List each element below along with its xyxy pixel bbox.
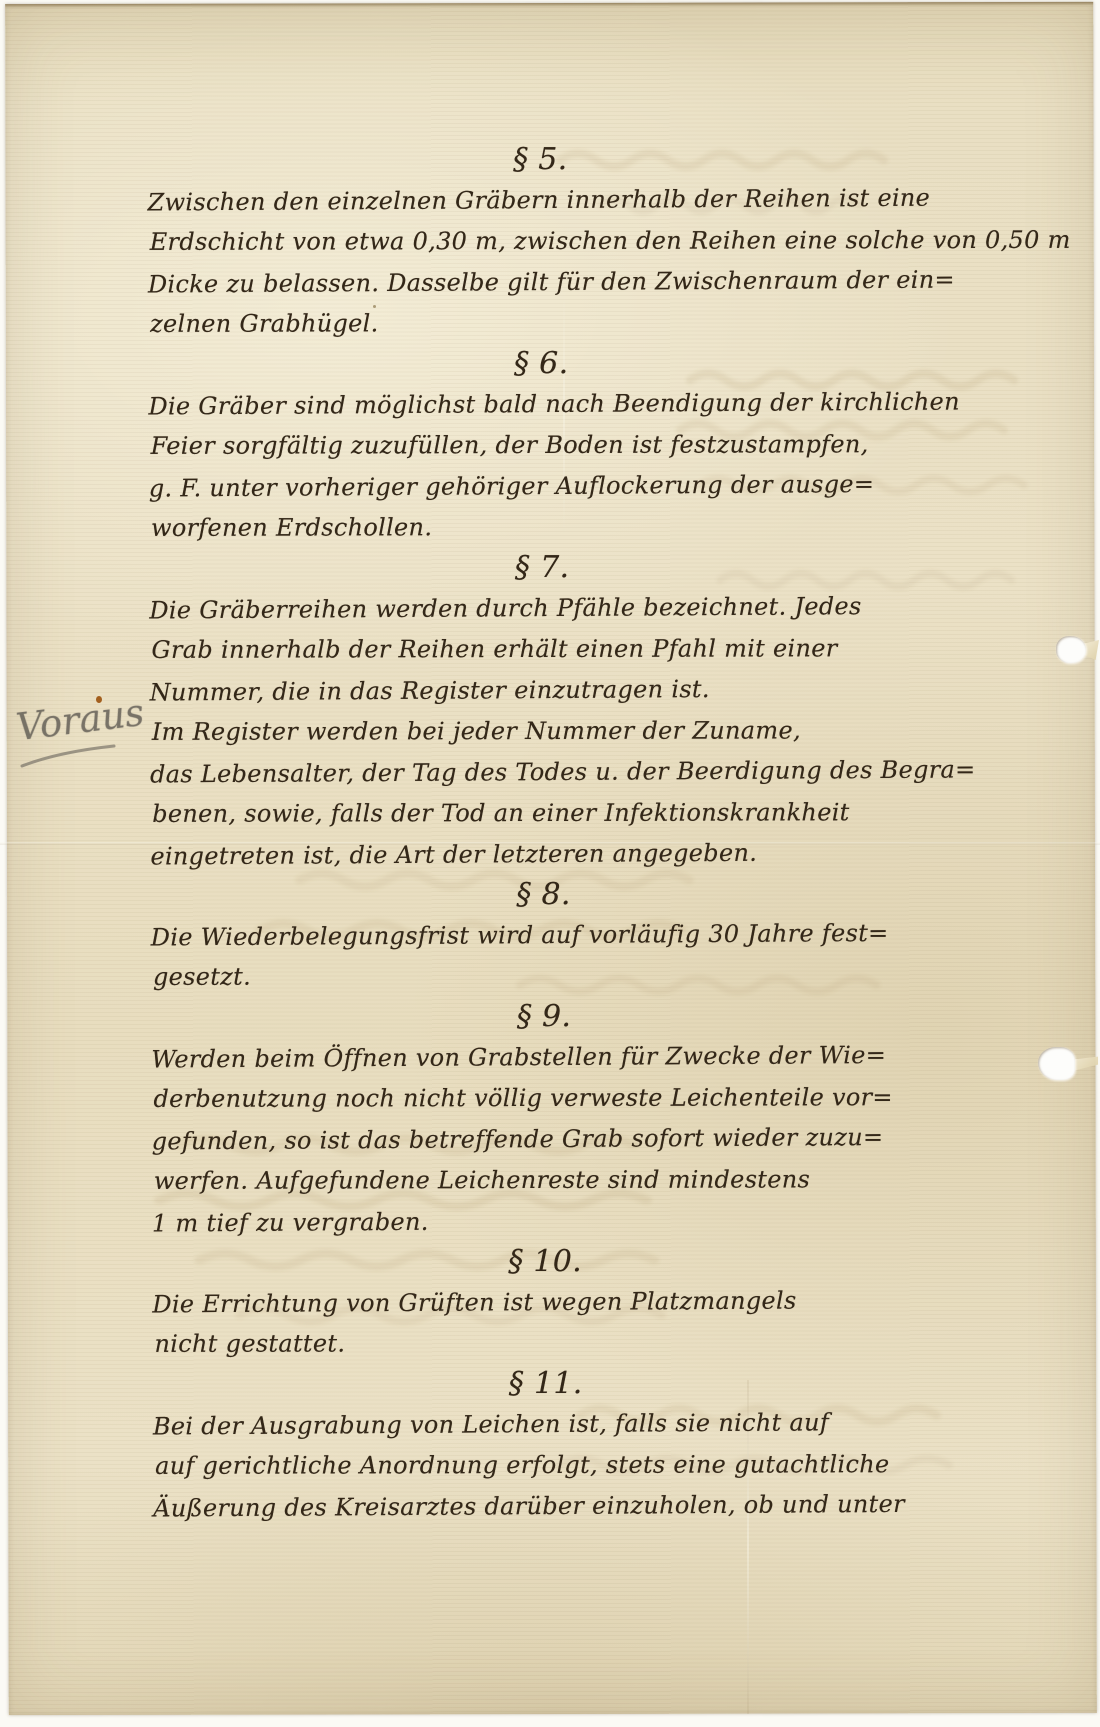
text-line: das Lebensalter, der Tag des Todes u. de…: [150, 749, 980, 795]
text-line: 1 m tief zu vergraben.: [152, 1198, 982, 1244]
text-line: nicht gestattet.: [154, 1322, 984, 1365]
text-line: eingetreten ist, die Art der letzteren a…: [150, 831, 980, 877]
punch-hole-bottom: [1038, 1047, 1075, 1080]
text-line: Grab innerhalb der Reihen erhält einen P…: [151, 628, 981, 671]
text-line: Im Register werden bei jeder Nummer der …: [152, 710, 982, 753]
text-line: Dicke zu belassen. Dasselbe gilt für den…: [148, 259, 978, 305]
text-line: worfenen Erdschollen.: [151, 506, 981, 549]
section-heading: § 9.: [134, 996, 954, 1038]
section-5: § 5. Zwischen den einzelnen Gräbern inne…: [147, 138, 1098, 346]
text-line: auf gerichtliche Anordnung erfolgt, stet…: [155, 1444, 985, 1487]
section-8: § 8. Die Wiederbelegungsfrist wird auf v…: [150, 873, 1100, 999]
text-line: Zwischen den einzelnen Gräbern innerhalb…: [147, 177, 977, 223]
text-line: Die Errichtung von Grüften ist wegen Pla…: [152, 1279, 982, 1325]
section-heading: § 11.: [136, 1363, 956, 1405]
text-line: Bei der Ausgrabung von Leichen ist, fall…: [153, 1401, 983, 1447]
text-line: benen, sowie, falls der Tod an einer Inf…: [152, 792, 982, 835]
manuscript-text: § 5. Zwischen den einzelnen Gräbern inne…: [0, 0, 1100, 1529]
text-line: Die Wiederbelegungsfrist wird auf vorläu…: [151, 912, 981, 958]
section-heading: § 8.: [134, 874, 954, 916]
section-6: § 6. Die Gräber sind möglichst bald nach…: [148, 342, 1099, 550]
text-line: Äußerung des Kreisarztes darüber einzuho…: [153, 1483, 983, 1529]
text-line: g. F. unter vorheriger gehöriger Auflock…: [149, 463, 979, 509]
section-7: § 7. Die Gräberreihen werden durch Pfähl…: [149, 546, 1100, 877]
section-heading: § 10.: [135, 1241, 955, 1283]
text-line: Feier sorgfältig zuzufüllen, der Boden i…: [151, 424, 981, 467]
text-line: derbenutzung noch nicht völlig verweste …: [153, 1077, 983, 1120]
text-line: zelnen Grabhügel.: [150, 302, 980, 345]
section-10: § 10. Die Errichtung von Grüften ist weg…: [152, 1240, 1100, 1366]
text-line: Werden beim Öffnen von Grabstellen für Z…: [151, 1034, 981, 1080]
text-line: Erdschicht von etwa 0,30 m, zwischen den…: [150, 220, 980, 263]
section-11: § 11. Bei der Ausgrabung von Leichen ist…: [153, 1362, 1100, 1529]
text-line: gesetzt.: [153, 955, 983, 998]
section-9: § 9. Werden beim Öffnen von Grabstellen …: [151, 995, 1100, 1244]
text-line: Nummer, die in das Register einzutragen …: [150, 667, 980, 713]
punch-hole-top: [1056, 636, 1086, 663]
section-heading: § 6.: [131, 343, 951, 385]
text-line: gefunden, so ist das betreffende Grab so…: [152, 1116, 982, 1162]
text-line: werfen. Aufgefundene Leichenreste sind m…: [154, 1159, 984, 1202]
text-line: Die Gräberreihen werden durch Pfähle bez…: [149, 585, 979, 631]
text-line: Die Gräber sind möglichst bald nach Been…: [148, 381, 978, 427]
section-heading: § 5.: [130, 139, 950, 181]
section-heading: § 7.: [132, 547, 952, 589]
